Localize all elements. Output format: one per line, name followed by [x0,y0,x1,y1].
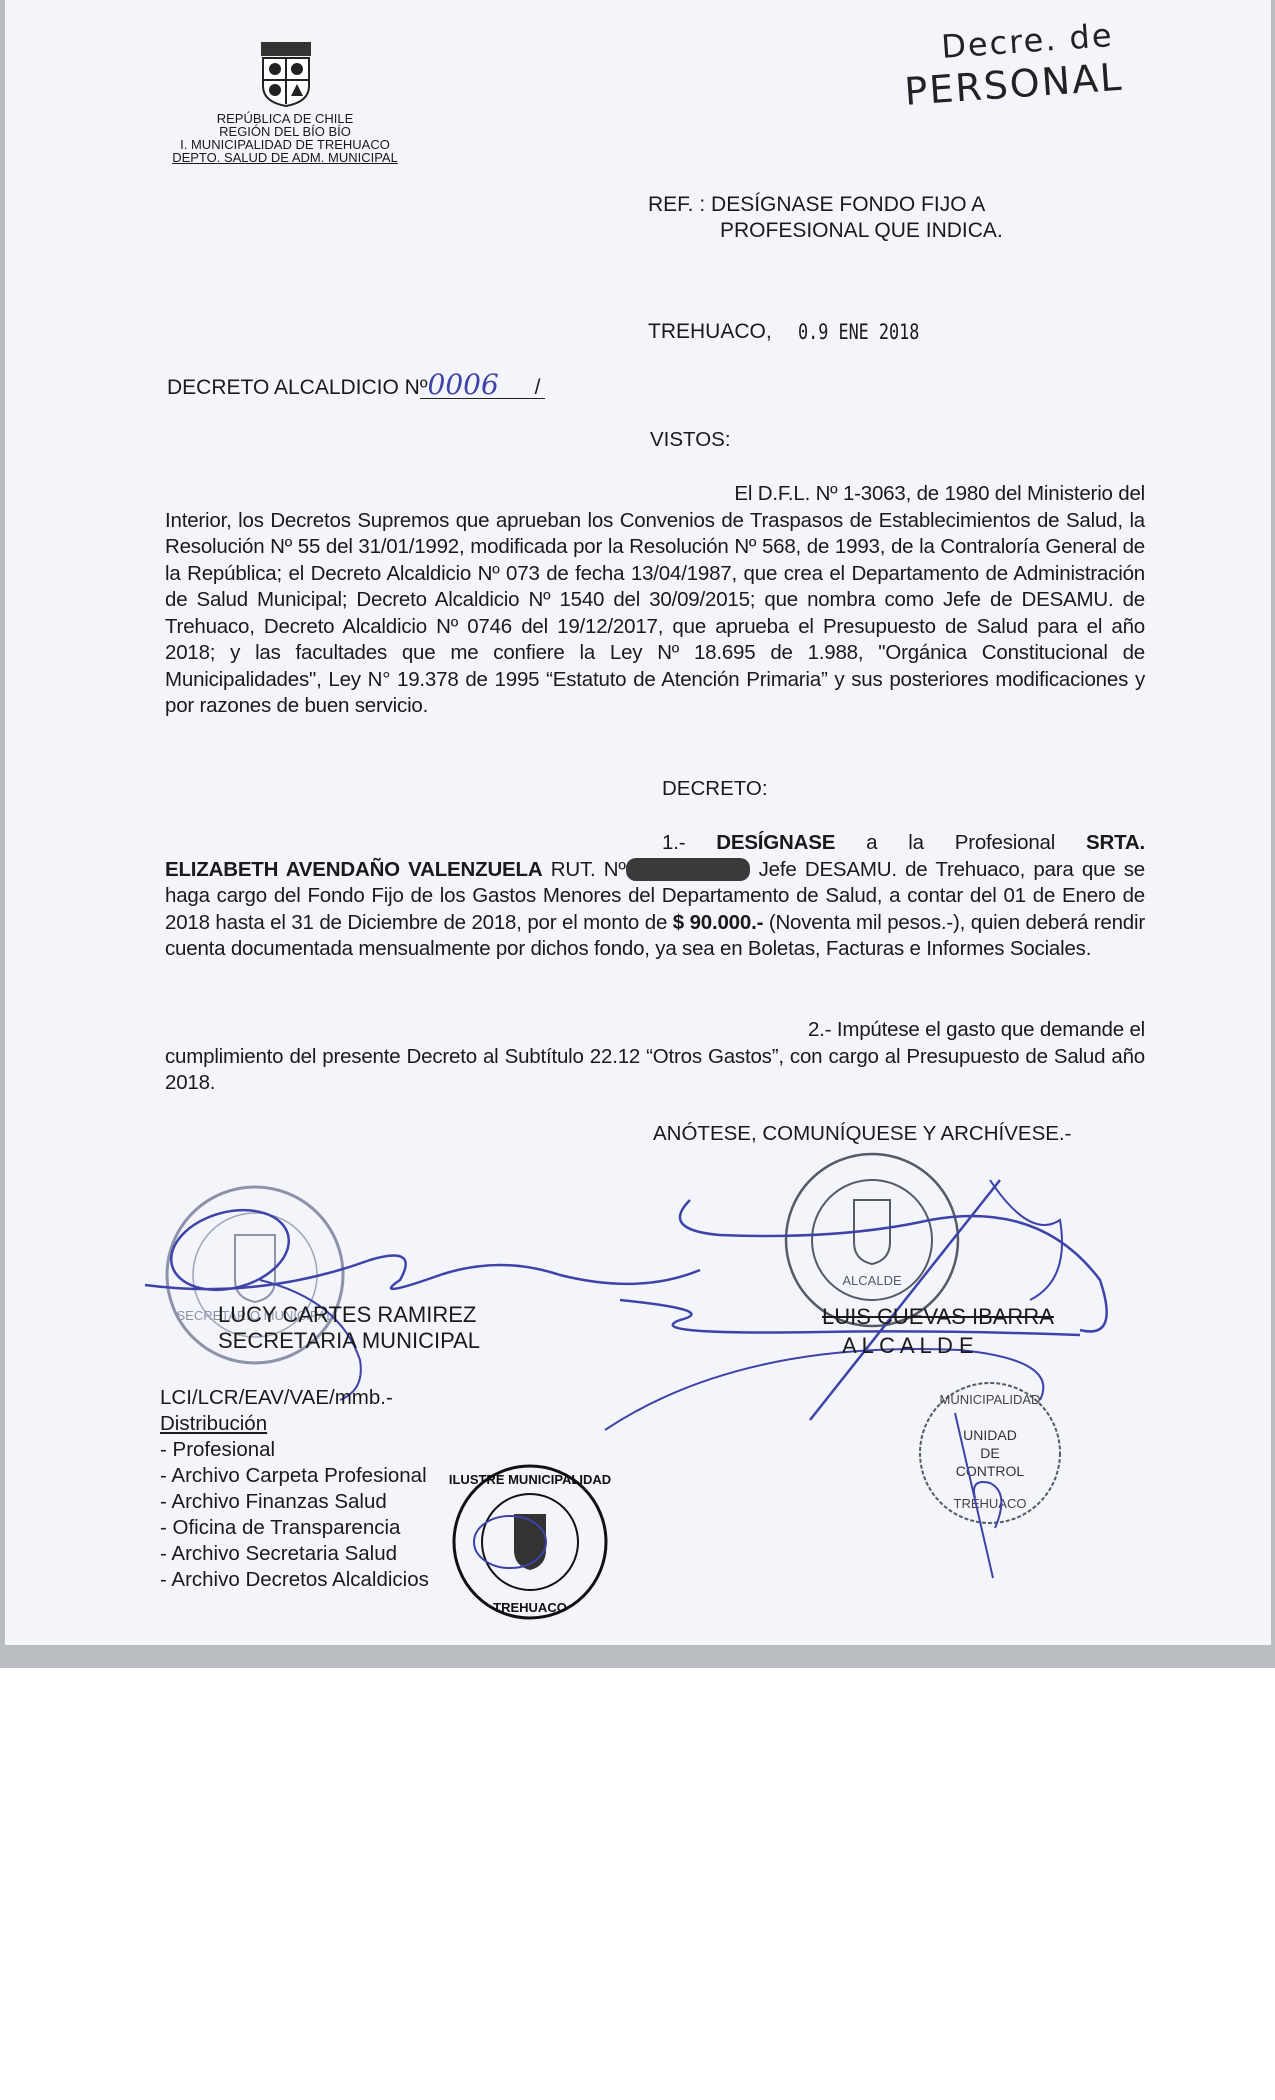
decree-number-label: DECRETO ALCALDICIO Nº [167,376,428,399]
distribution-item: - Profesional [160,1437,429,1463]
ref-line-1: DESÍGNASE FONDO FIJO A [711,193,985,216]
alcalde-name: LUIS CUEVAS IBARRA [822,1304,1054,1330]
ref-line-2: PROFESIONAL QUE INDICA. [648,218,1003,244]
distribution-heading: Distribución [160,1412,267,1435]
vistos-paragraph: El D.F.L. Nº 1-3063, de 1980 del Ministe… [165,481,1145,720]
vistos-heading: VISTOS: [650,428,731,452]
decree-number: DECRETO ALCALDICIO Nº0006 / [167,368,540,401]
distribution-item: - Archivo Secretaria Salud [160,1541,429,1567]
svg-text:ILUSTRE MUNICIPALIDAD: ILUSTRE MUNICIPALIDAD [449,1472,611,1487]
svg-text:TREHUACO: TREHUACO [954,1496,1027,1511]
decreto-heading: DECRETO: [662,777,768,801]
unidad-control-seal: MUNICIPALIDAD UNIDAD DE CONTROL TREHUACO [915,1378,1065,1528]
alcalde-signature [600,1160,1160,1440]
item1-name: ELIZABETH AVENDAÑO VALENZUELA [165,858,542,881]
rut-redacted: 15.875.245-K [626,858,751,881]
decreto-item-2: 2.- Impútese el gasto que demande el cum… [165,1017,1145,1097]
item2-lead: 2.- Impútese el gasto que demande el [165,1017,1145,1044]
closing-formula: ANÓTESE, COMUNÍQUESE Y ARCHÍVESE.- [653,1122,1071,1146]
distribution-item: - Archivo Finanzas Salud [160,1489,429,1515]
reference: REF. : DESÍGNASE FONDO FIJO A PROFESIONA… [648,192,1003,244]
item1-rut-label: RUT. Nº [551,858,626,881]
header-line-4: DEPTO. SALUD DE ADM. MUNICIPAL [140,151,430,165]
svg-text:MUNICIPALIDAD: MUNICIPALIDAD [940,1392,1041,1407]
svg-text:TREHUACO: TREHUACO [493,1600,567,1615]
ref-label: REF. : [648,193,705,216]
item1-number: 1.- [662,831,685,854]
item1-amount: $ 90.000.- [673,911,763,934]
decreto-item-1: 1.- DESÍGNASE a la Profesional SRTA. ELI… [165,830,1145,963]
item2-text: cumplimiento del presente Decreto al Sub… [165,1044,1145,1097]
item1-text-a: a la Profesional [866,831,1055,854]
secretaria-role: SECRETARIA MUNICIPAL [218,1328,480,1354]
distribution-item: - Oficina de Transparencia [160,1515,429,1541]
place: TREHUACO, [648,320,772,344]
vistos-lead: El D.F.L. Nº 1-3063, de 1980 del Ministe… [165,481,1145,508]
item1-title: SRTA. [1086,831,1145,854]
secretaria-name: LUCY CARTES RAMIREZ [218,1302,476,1328]
distribution-item: - Archivo Decretos Alcaldicios [160,1567,429,1593]
vistos-text: Interior, los Decretos Supremos que apru… [165,508,1145,720]
decree-number-suffix: / [535,376,541,399]
asesor-juridico-seal: ILUSTRE MUNICIPALIDAD TREHUACO [450,1462,610,1622]
initials: LCI/LCR/EAV/VAE/mmb.- [160,1385,429,1411]
svg-text:UNIDAD: UNIDAD [963,1427,1017,1443]
svg-text:DE: DE [980,1445,999,1461]
item1-verb: DESÍGNASE [716,831,835,854]
date-stamp: 0.9 ENE 2018 [798,320,919,344]
decree-number-underline [420,398,545,399]
alcalde-role: A L C A L D E [842,1333,974,1359]
distribution-item: - Archivo Carpeta Profesional [160,1463,429,1489]
coat-of-arms-icon [255,40,317,108]
distribution-block: LCI/LCR/EAV/VAE/mmb.- Distribución - Pro… [160,1385,429,1593]
decree-number-handwritten: 0006 [428,368,499,401]
